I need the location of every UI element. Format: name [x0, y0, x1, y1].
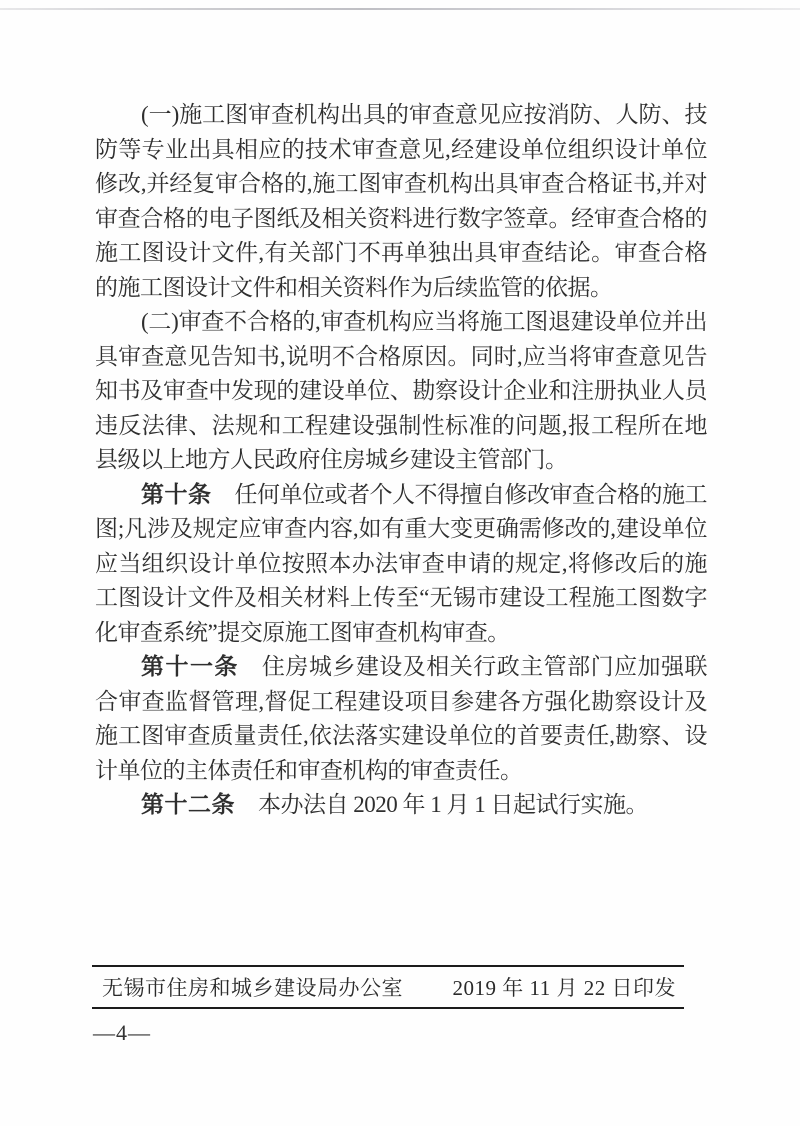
paragraph-item-2: (二)审查不合格的,审查机构应当将施工图退建设单位并出具审查意见告知书,说明不合… — [95, 305, 707, 478]
paragraph-text: (一)施工图审查机构出具的审查意见应按消防、人防、技防等专业出具相应的技术审查意… — [95, 102, 707, 300]
scan-artifact-top-edge — [0, 8, 800, 10]
issuing-office: 无锡市住房和城乡建设局办公室 — [102, 972, 403, 1002]
article-number-label: 第十一条 — [141, 654, 239, 679]
colophon: 无锡市住房和城乡建设局办公室 2019 年 11 月 22 日印发 — [92, 965, 684, 1009]
colophon-row: 无锡市住房和城乡建设局办公室 2019 年 11 月 22 日印发 — [92, 967, 684, 1007]
paragraph-text: 本办法自 2020 年 1 月 1 日起试行实施。 — [258, 792, 648, 817]
paragraph-article-11: 第十一条住房城乡建设及相关行政主管部门应加强联合审查监督管理,督促工程建设项目参… — [95, 650, 707, 788]
page-number: —4— — [93, 1020, 151, 1046]
print-date: 2019 年 11 月 22 日印发 — [453, 972, 676, 1002]
paragraph-text: (二)审查不合格的,审查机构应当将施工图退建设单位并出具审查意见告知书,说明不合… — [95, 309, 707, 472]
paragraph-article-10: 第十条任何单位或者个人不得擅自修改审查合格的施工图;凡涉及规定应审查内容,如有重… — [95, 478, 707, 651]
article-number-label: 第十条 — [141, 482, 212, 507]
article-number-label: 第十二条 — [141, 792, 235, 817]
scanned-document-page: (一)施工图审查机构出具的审查意见应按消防、人防、技防等专业出具相应的技术审查意… — [0, 0, 800, 1126]
document-body: (一)施工图审查机构出具的审查意见应按消防、人防、技防等专业出具相应的技术审查意… — [95, 98, 707, 823]
paragraph-item-1: (一)施工图审查机构出具的审查意见应按消防、人防、技防等专业出具相应的技术审查意… — [95, 98, 707, 305]
paragraph-article-12: 第十二条本办法自 2020 年 1 月 1 日起试行实施。 — [95, 788, 707, 823]
colophon-bottom-rule — [92, 1007, 684, 1009]
